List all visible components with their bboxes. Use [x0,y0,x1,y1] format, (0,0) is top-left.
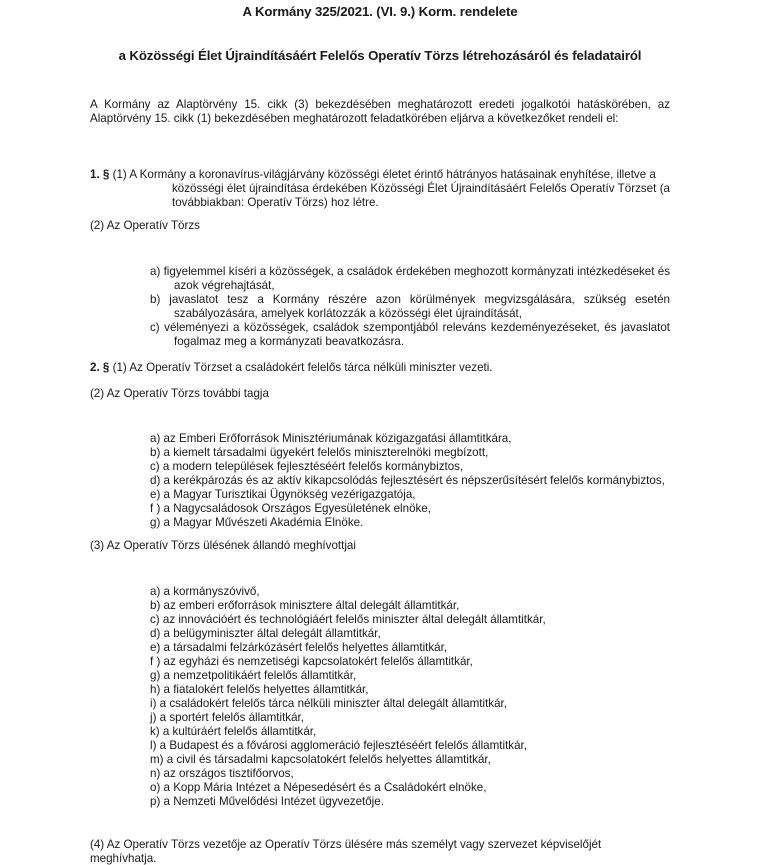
list-item: j) a sportért felelős államtitkár, [150,711,670,725]
document-page: A Kormány 325/2021. (VI. 9.) Korm. rende… [0,0,760,865]
list-item: k) a kultúráért felelős államtitkár, [150,725,670,739]
preamble: A Kormány az Alaptörvény 15. cikk (3) be… [90,98,670,126]
list-item: c) az innovációért és technológiáért fel… [150,613,670,627]
list-item: b) a kiemelt társadalmi ügyekért felelős… [150,446,670,460]
list-item: a) az Emberi Erőforrások Minisztériumána… [150,432,670,446]
list-item: o) a Kopp Mária Intézet a Népesedésért é… [150,781,670,795]
list-item: d) a belügyminiszter által delegált álla… [150,627,670,641]
section-1-number: 1. § [90,168,109,181]
list-item: f ) az egyházi és nemzetiségi kapcsolato… [150,655,670,669]
list-item: g) a Magyar Művészeti Akadémia Elnöke. [150,516,670,530]
section-1-paragraph-2: (2) Az Operatív Törzs [90,219,670,233]
section-1-task-list: a) figyelemmel kíséri a közösségek, a cs… [150,265,670,349]
list-item: a) figyelemmel kíséri a közösségek, a cs… [150,265,670,293]
list-item: e) a Magyar Turisztikai Ügynökség vezéri… [150,488,670,502]
section-2-paragraph-2: (2) Az Operatív Törzs további tagja [90,387,670,401]
section-2-paragraph-4: (4) Az Operatív Törzs vezetője az Operat… [90,838,670,865]
list-item: b) az emberi erőforrások minisztere álta… [150,599,670,613]
document-title: A Kormány 325/2021. (VI. 9.) Korm. rende… [0,5,760,19]
members-list: a) az Emberi Erőforrások Minisztériumána… [150,432,670,530]
section-2-number: 2. § [90,361,109,374]
list-item: c) a modern települések fejlesztéséért f… [150,460,670,474]
list-item: c) véleményezi a közösségek, családok sz… [150,321,670,349]
list-item: p) a Nemzeti Művelődési Intézet ügyvezet… [150,795,670,809]
section-1-paragraph-1: 1. § (1) A Kormány a koronavírus-világjá… [90,168,670,210]
section-2-paragraph-3: (3) Az Operatív Törzs ülésének állandó m… [90,539,670,553]
list-item: f ) a Nagycsaládosok Országos Egyesületé… [150,502,670,516]
list-item: h) a fiatalokért felelős helyettes állam… [150,683,670,697]
invitees-list: a) a kormányszóvivő, b) az emberi erőfor… [150,585,670,809]
list-item: i) a családokért felelős tárca nélküli m… [150,697,670,711]
list-item: n) az országos tisztifőorvos, [150,767,670,781]
list-item: a) a kormányszóvivő, [150,585,670,599]
list-item: l) a Budapest és a fővárosi agglomeráció… [150,739,670,753]
list-item: e) a társadalmi felzárkózásért felelős h… [150,641,670,655]
section-2-paragraph-1-text: (1) Az Operatív Törzset a családokért fe… [113,361,493,374]
section-2-paragraph-1: 2. § (1) Az Operatív Törzset a családoké… [90,361,670,375]
list-item: m) a civil és társadalmi kapcsolatokért … [150,753,670,767]
document-subtitle: a Közösségi Élet Újraindításáért Felelős… [0,49,760,63]
list-item: d) a kerékpározás és az aktív kikapcsoló… [150,474,670,488]
section-1-paragraph-1-continuation: közösségi élet újraindítása érdekében Kö… [90,182,670,210]
list-item: b) javaslatot tesz a Kormány részére azo… [150,293,670,321]
list-item: g) a nemzetpolitikáért felelős államtitk… [150,669,670,683]
section-1-paragraph-1-first-line: (1) A Kormány a koronavírus-világjárvány… [113,168,656,181]
